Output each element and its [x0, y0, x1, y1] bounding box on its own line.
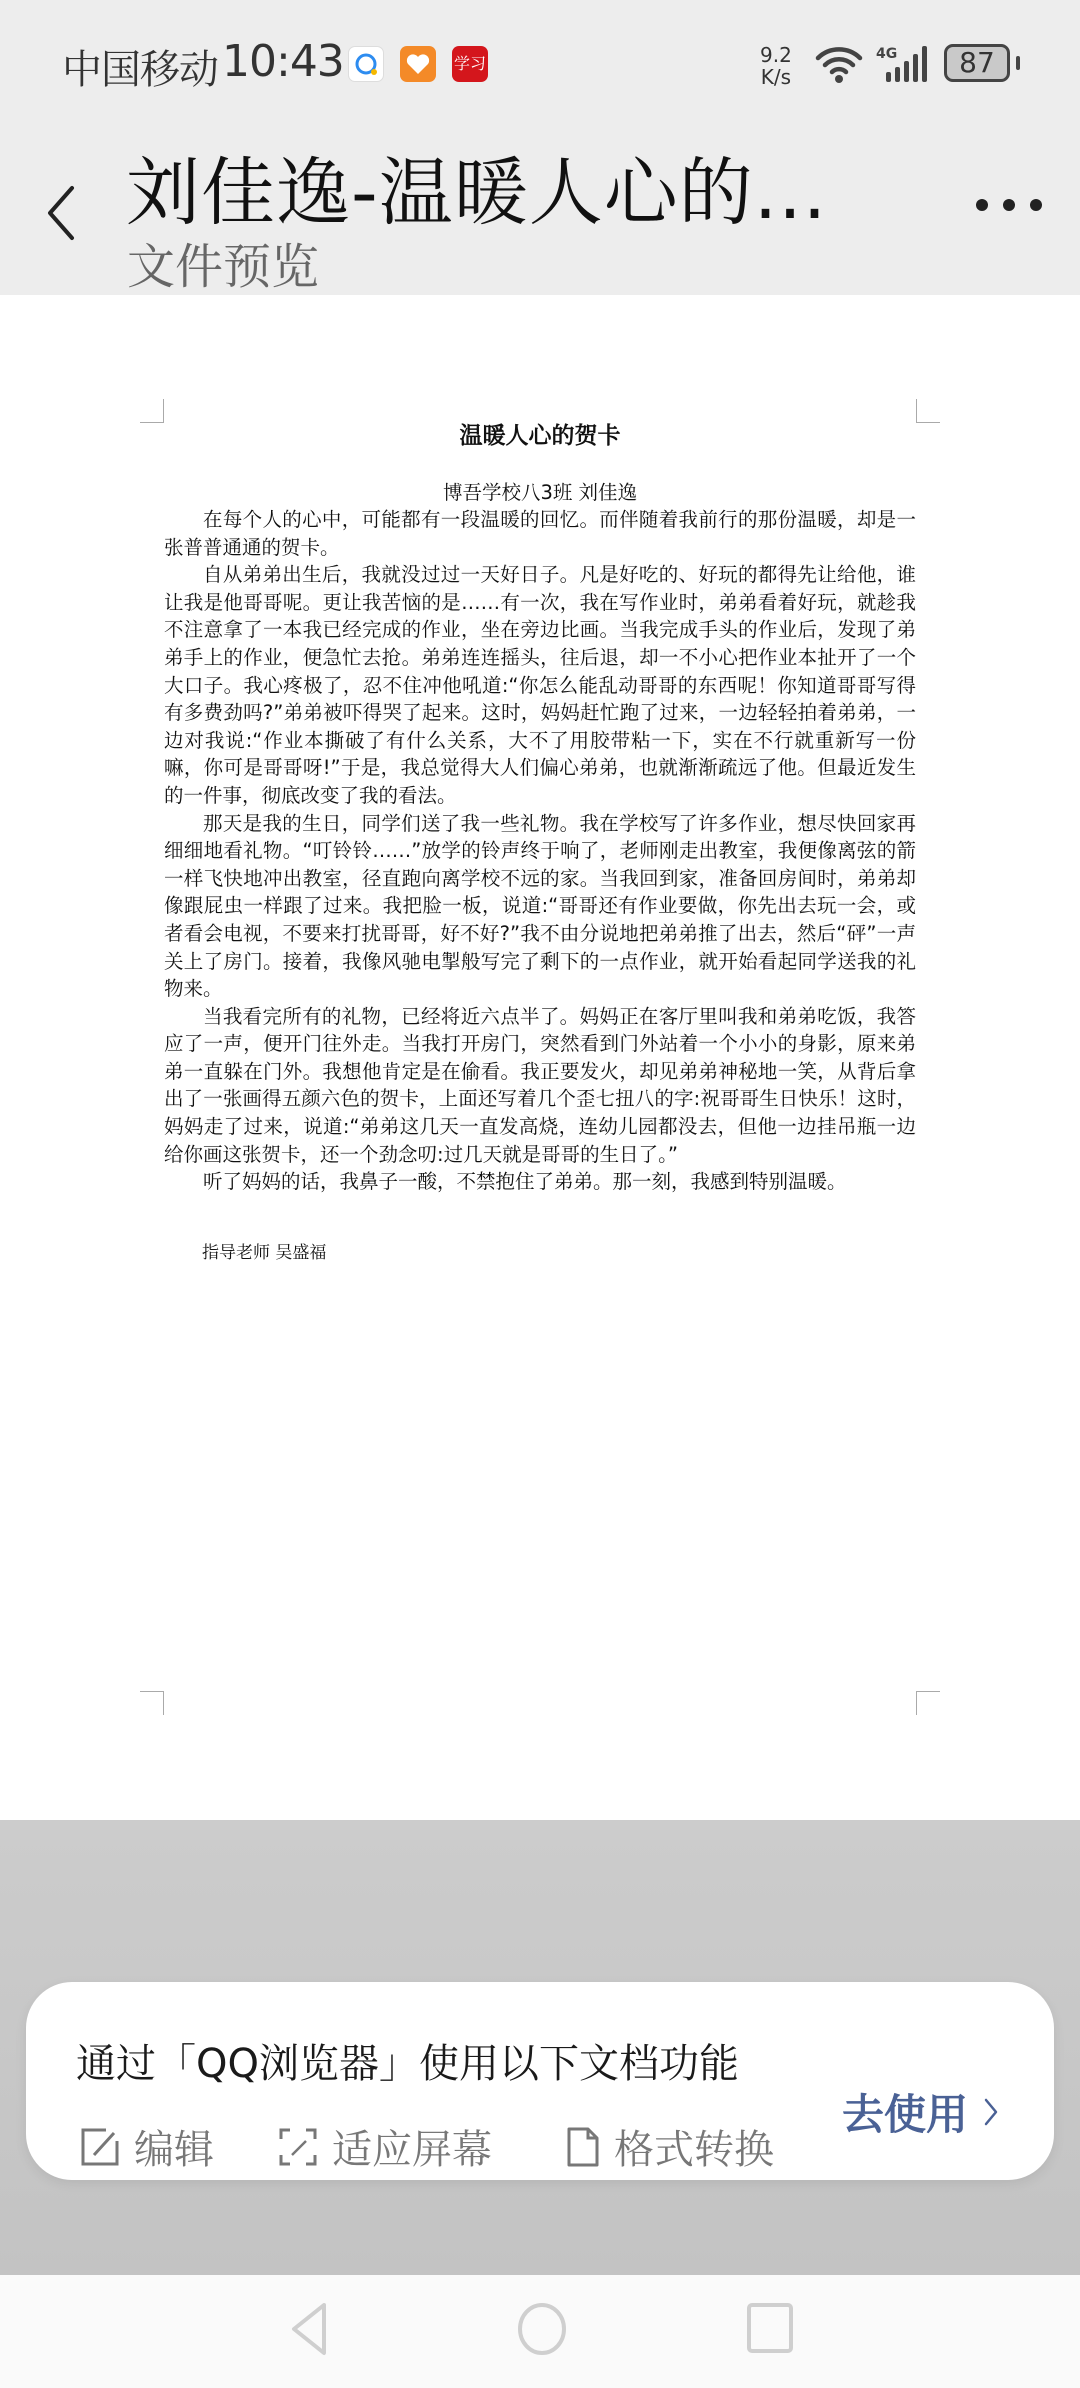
- cellular-signal-icon: 4G: [876, 44, 936, 88]
- page-corner-mark: [916, 1691, 940, 1715]
- more-horizontal-icon: [1003, 199, 1015, 211]
- go-use-button[interactable]: 去使用: [842, 2082, 1000, 2142]
- document-paragraph: 那天是我的生日，同学们送了我一些礼物。我在学校写了许多作业，想尽快回家再细细地看…: [164, 810, 916, 1003]
- square-recent-icon: [745, 2301, 795, 2357]
- feature-edit[interactable]: 编辑: [80, 2118, 214, 2175]
- more-horizontal-icon: [976, 199, 988, 211]
- document-paragraph: 在每个人的心中，可能都有一段温暖的回忆。而伴随着我前行的那份温暖，却是一张普普通…: [164, 506, 916, 561]
- status-bar: 中国移动 10:43 学习 9.2 K/s 4G 87: [0, 0, 1080, 130]
- nav-home-button[interactable]: [514, 2301, 570, 2357]
- document-page[interactable]: 温暖人心的贺卡 博吾学校八3班 刘佳逸 在每个人的心中，可能都有一段温暖的回忆。…: [0, 295, 1080, 1820]
- document-paragraph: 当我看完所有的礼物，已经将近六点半了。妈妈正在客厅里叫我和弟弟吃饭，我答应了一声…: [164, 1003, 916, 1169]
- feature-format-convert[interactable]: 格式转换: [566, 2118, 774, 2175]
- document-teacher-credit: 指导老师 吴盛福: [164, 1238, 916, 1263]
- chevron-right-icon: [982, 2096, 1000, 2128]
- page-corner-mark: [140, 399, 164, 423]
- network-speed: 9.2 K/s: [760, 44, 792, 88]
- more-options-button[interactable]: [976, 190, 1042, 220]
- file-convert-icon: [566, 2126, 600, 2168]
- feature-edit-label: 编辑: [134, 2118, 214, 2175]
- svg-text:4G: 4G: [876, 46, 897, 62]
- document-paragraph: 自从弟弟出生后，我就没过过一天好日子。凡是好吃的、好玩的都得先让给他，谁让我是他…: [164, 561, 916, 809]
- system-nav-bar: [0, 2275, 1080, 2388]
- qq-browser-icon: [348, 46, 384, 82]
- qq-browser-promo-card: 通过「QQ浏览器」使用以下文档功能 编辑 适应屏幕 格式转换 去使用: [26, 1982, 1054, 2180]
- clock: 10:43: [222, 36, 344, 87]
- edit-icon: [80, 2127, 120, 2167]
- page-title: 刘佳逸-温暖人心的...: [126, 134, 827, 240]
- nav-back-button[interactable]: [282, 2301, 338, 2357]
- triangle-back-icon: [288, 2301, 332, 2357]
- page-corner-mark: [916, 399, 940, 423]
- page-subtitle: 文件预览: [127, 228, 319, 297]
- study-app-icon: 学习: [452, 46, 488, 82]
- document-body: 温暖人心的贺卡 博吾学校八3班 刘佳逸 在每个人的心中，可能都有一段温暖的回忆。…: [164, 417, 916, 1263]
- document-title: 温暖人心的贺卡: [164, 417, 916, 455]
- carrier-name: 中国移动: [62, 38, 218, 95]
- health-icon: [400, 46, 436, 82]
- page-corner-mark: [140, 1691, 164, 1715]
- feature-fit-screen-label: 适应屏幕: [332, 2118, 492, 2175]
- feature-format-convert-label: 格式转换: [614, 2118, 774, 2175]
- more-horizontal-icon: [1030, 199, 1042, 211]
- battery-tip: [1016, 56, 1020, 70]
- feature-fit-screen[interactable]: 适应屏幕: [278, 2118, 492, 2175]
- battery-indicator: 87: [944, 44, 1010, 82]
- chevron-left-icon: [38, 178, 88, 248]
- go-use-label: 去使用: [842, 2082, 968, 2142]
- document-paragraph: 听了妈妈的话，我鼻子一酸，不禁抱住了弟弟。那一刻，我感到特别温暖。: [164, 1168, 916, 1196]
- promo-text: 通过「QQ浏览器」使用以下文档功能: [76, 2032, 739, 2089]
- wifi-icon: [814, 44, 864, 88]
- document-byline: 博吾学校八3班 刘佳逸: [164, 479, 916, 506]
- back-button[interactable]: [38, 178, 88, 248]
- nav-recent-apps-button[interactable]: [742, 2301, 798, 2357]
- title-bar: 刘佳逸-温暖人心的... 文件预览: [0, 130, 1080, 295]
- circle-home-icon: [514, 2301, 570, 2357]
- fit-screen-icon: [278, 2127, 318, 2167]
